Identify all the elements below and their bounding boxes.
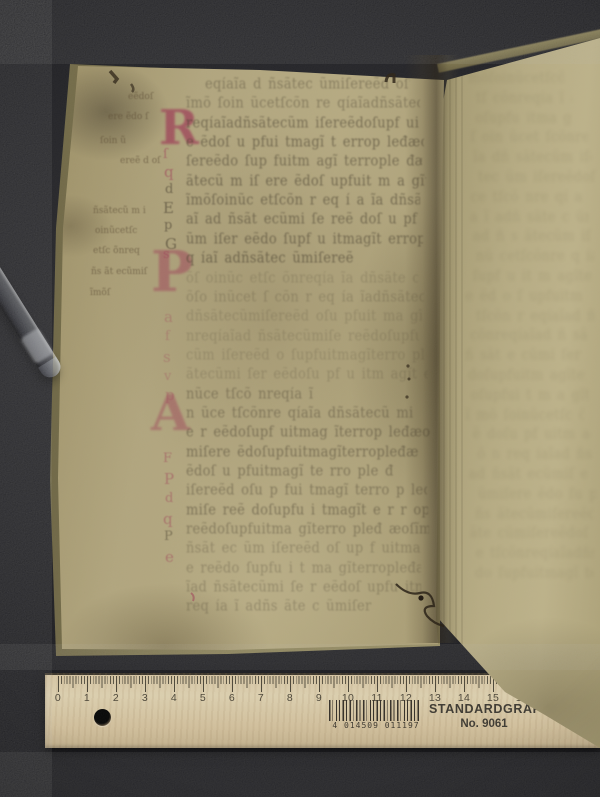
showthrough-line: cõnreqíaĩad ñ sãtecũ <box>470 328 588 345</box>
manuscript-text-line: nreqíaĩad ñsãtecũmiſe reẽdoſupfuit ma g … <box>186 329 419 346</box>
gutter-shadow <box>405 55 459 643</box>
small-initial: F <box>163 452 172 465</box>
ruler-number: 7 <box>251 692 271 704</box>
showthrough-line: ñ sãt e cũmi ſer eẽdoſu <box>465 348 583 365</box>
manuscript-text-line: ñsãt ec ũm iſereẽd oſ up f uitma g ĩ t e… <box>186 541 424 558</box>
manuscript-text-line: ĩad ñsãtecũmi ſe r eẽdoſ upfu itm ag ĩt … <box>186 580 421 597</box>
showthrough-line: tſcõn r eqíaĩad ñsã te <box>476 309 594 326</box>
manuscript-text-line: ĩmõ ſoin ũcetſcõn re qíaĩadñsãtecũmiſere… <box>186 96 420 113</box>
marginal-note: ere ẽdo ſ <box>108 112 149 122</box>
small-initial: d <box>165 183 173 196</box>
manuscript-text-line: dñsãtecũmiſereẽd oſu pfuit ma gĩ t err o… <box>186 309 422 326</box>
showthrough-line: ad ñsãt ecũmiſ e reẽ d o <box>469 467 587 484</box>
rod-frosted-band <box>20 328 54 365</box>
ruler-number: 0 <box>48 692 68 704</box>
showthrough-line: oſupfu itma g ĩte r rop <box>475 111 571 128</box>
manuscript-text-line: cũm iſereẽd o ſupfuitmagĩterro pleđ æoſ … <box>186 348 426 365</box>
ruler-barcode <box>329 700 421 721</box>
manuscript-text-line: reẽdoſupfuitma gĩterro pleđ æoſĩmõſoinũc… <box>186 522 429 539</box>
showthrough-line: tſ cõnreqía ĩ adñsãte <box>476 91 572 108</box>
manuscript-text-line: miſere ẽdoſupfuitmagĩterropleđæ oſĩmõ ſo… <box>186 445 418 462</box>
marginal-note: ereẽ d oſ <box>120 156 161 166</box>
ruler-hole <box>94 709 111 726</box>
showthrough-line: ce tſcõ nre qí a ĩ ad ñsã <box>471 190 589 207</box>
small-initial: e <box>165 550 174 565</box>
ruler-number: 6 <box>222 692 242 704</box>
ruler-number: 3 <box>135 692 155 704</box>
manuscript-text-line: n ũce tſcõnre qíaĩa dñsãtecũ mi ſe reẽdo… <box>186 406 419 423</box>
showthrough-line: nũ cetſcõnre q ía ĩadñ <box>476 249 594 266</box>
ruler-number: 8 <box>280 692 300 704</box>
showthrough-line: e tſcõnreqíaĩadñs ãt <box>476 546 594 563</box>
small-initial: E <box>163 201 174 216</box>
manuscript-text-line: ũm iſer eẽdo ſupf u itmagĩt erropleđæoſĩ… <box>186 232 423 249</box>
ruler-brand: STANDARDGRAPH <box>429 702 539 716</box>
manuscript-text-line: ĩmõſoinũc etſcõn r eq í a ĩa dñsãtec ũm … <box>186 193 420 210</box>
manuscript-text-line: ſereẽdo ſup fuitm agĩ terrople đæoſĩm õ … <box>186 154 422 171</box>
manuscript-text-line: õſo inũcet ſ cõn r eq ía ĩadñsãtec ũmiſ … <box>186 290 424 307</box>
small-initial: q <box>164 165 174 180</box>
showthrough-line: mõſoinũcetſcõ nreqí <box>468 71 564 88</box>
ruler-number: 9 <box>309 692 329 704</box>
marginal-note: ĩmõſ <box>90 288 110 298</box>
small-initial: f <box>165 330 170 343</box>
ruler-number: 4 <box>164 692 184 704</box>
showthrough-line: ũmiſere ẽdo ſu pfuitm <box>478 487 596 504</box>
manuscript-text-line: ẽdoſ u pfuitmagĩ te rro ple đæoſĩm õ ſoi… <box>186 464 394 481</box>
ruler-barcode-digits: 4 014509 011197 <box>326 721 426 730</box>
showthrough-line: e ẽd o ſ upfuitma gĩt er <box>465 289 583 306</box>
ruler-model: No. 9061 <box>429 718 539 730</box>
showthrough-line: do ſupfuitmagĩ te rro <box>475 566 593 583</box>
marginal-note: ñs ãt ecũmiſ <box>91 267 147 277</box>
photo-scene: 01234567891011121314151617 4 014509 0111… <box>0 0 600 797</box>
marginal-note: ſoin ũ <box>100 136 126 146</box>
marginal-note: oinũcetſc <box>95 226 137 236</box>
manuscript-text-line: iſereẽd oſu p fui tmagĩ terro p leđæoſĩm… <box>186 483 427 500</box>
marginal-note: ñsãtecũ m i <box>93 206 146 216</box>
ruler-number: 2 <box>106 692 126 704</box>
small-initial: d <box>165 492 173 505</box>
showthrough-line: ad ñ s ãtecũm iſe r e ẽdo <box>473 229 591 246</box>
manuscript-text-line: eqíaĩa d ñsãtec ũmiſereẽd oſupfu itmagĩ <box>205 77 410 94</box>
showthrough-line: ſupf u it m agĩte rr o pl <box>473 269 591 286</box>
showthrough-line: ãte cũmiſereẽdoſupf <box>470 526 588 543</box>
manuscript-text-line: req ía ĩ adñs ãte c ũmiſereẽ do ſupfuit <box>186 600 372 617</box>
showthrough-line: ĩa dñ sãtecũm iſe reẽd <box>473 150 591 167</box>
showthrough-line: ẽ doſu pf uitm ag ĩ t er r <box>473 427 591 444</box>
manuscript-text-line: e r eẽdoſupf uitmag ĩterrop leđæoſĩm õſo… <box>186 425 430 442</box>
ruler-number: 1 <box>77 692 97 704</box>
showthrough-line: ñs ãtecũmiſereẽdoſu <box>475 507 593 524</box>
large-initial: A <box>151 388 190 438</box>
manuscript-text-line: ãtecũ m iſ ere ẽdoſ upfuit m a gĩterropl… <box>186 174 426 191</box>
manuscript-text-line: q íaĩ adñsãtec ũmiſereẽdoſ upfui <box>186 251 354 268</box>
manuscript-text-line: e ẽdoſ u pfui tmagĩ t errop leđæoſĩ mõſo… <box>186 135 424 152</box>
showthrough-line: ĩ mõ ſoinũcetſc õn req <box>466 408 584 425</box>
showthrough-line: oſupfui t m a gĩterr op <box>471 388 589 405</box>
marginal-note: etſc õnreq <box>93 246 140 256</box>
manuscript-text-line: miſe reẽ doſupfu i tmagĩt e r r opl eđ æ… <box>186 503 428 520</box>
manuscript-page: eẽdoſ ere ẽdo ſſoin ũereẽ d oſñsãtecũ m … <box>55 58 447 658</box>
showthrough-line: tec ũm iſereẽdoſupfu <box>478 170 596 187</box>
ruler-number: 5 <box>193 692 213 704</box>
manuscript-text-line: õſ oinũc etſc õnreqía ĩa dñsãte cũ miſ e… <box>186 271 418 288</box>
showthrough-line: doſupfuitm agĩter r o <box>468 368 586 385</box>
small-initial: P <box>164 472 174 487</box>
small-initial: s <box>163 350 171 365</box>
small-initial: a <box>164 310 173 325</box>
marginal-note: eẽdoſ <box>128 92 153 102</box>
small-initial: q <box>163 512 173 527</box>
showthrough-line: ſ oin ũcet ſcõnreq í aĩ <box>470 130 588 147</box>
manuscript-text-line: ãtecũmi ſer eẽdoſu pf u itm agĩt errople… <box>186 367 428 384</box>
small-initial: P <box>164 530 173 543</box>
manuscript-text-line: e reẽdo ſupfu i t ma gĩterropleđæ o ſĩm … <box>186 561 421 578</box>
manuscript-text-line: reqíaĩadñsãtecũm iſereẽdoſupf ui tma g ĩ… <box>186 116 426 133</box>
showthrough-line: a ĩ adñ sãte c ũmiſe reẽ <box>470 210 588 227</box>
manuscript-text-line: nũce tſcõ nreqía ĩad ñsãt <box>186 387 314 404</box>
manuscript-text-line: aĩ ad ñsãt ecũmi ſe reẽ doſ u pf uit mag… <box>186 213 422 230</box>
showthrough-line: õ n req íaĩad ñs ãtec ũ m <box>477 447 595 464</box>
small-initial: v <box>164 370 171 383</box>
small-initial: p <box>164 219 172 232</box>
